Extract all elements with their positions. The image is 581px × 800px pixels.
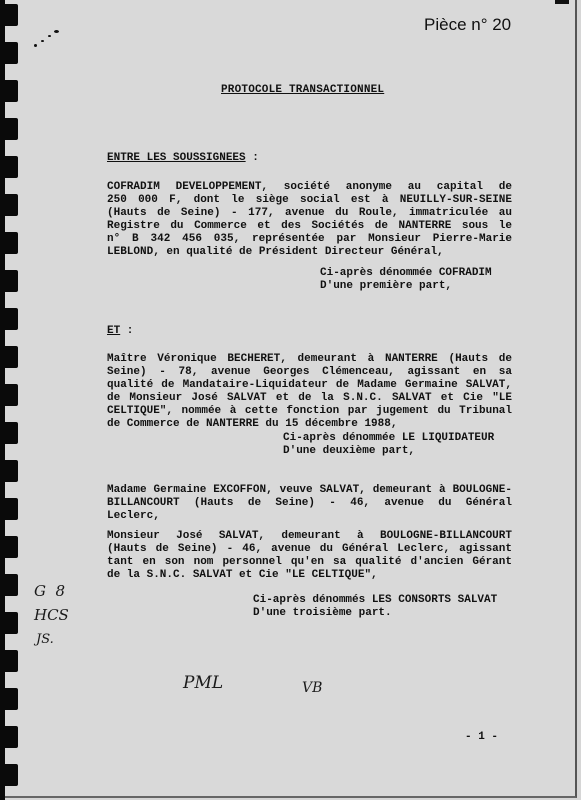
binding-tab bbox=[0, 346, 18, 368]
text-line: de Monsieur José SALVAT et de la S.N.C. … bbox=[107, 392, 512, 405]
designation-line: Ci-après dénommés LES CONSORTS SALVAT bbox=[253, 594, 497, 607]
text-line: Seine) - 78, avenue Georges Clémenceau, … bbox=[107, 366, 512, 379]
binding-tab bbox=[0, 232, 18, 254]
text-line: COFRADIM DEVELOPPEMENT, société anonyme … bbox=[107, 181, 512, 194]
signature-initials-2: VB bbox=[302, 679, 322, 698]
party2-paragraph: Maître Véronique BECHERET, demeurant à N… bbox=[107, 353, 512, 431]
text-line: de Commerce de NANTERRE du 15 décembre 1… bbox=[107, 418, 512, 431]
and-heading-colon: : bbox=[120, 325, 133, 337]
scan-corner-mark bbox=[555, 0, 569, 4]
and-heading: ET : bbox=[107, 325, 133, 337]
margin-initials-3: JS. bbox=[36, 630, 54, 649]
binding-tab bbox=[0, 118, 18, 140]
binding-tab bbox=[0, 80, 18, 102]
text-line: Maître Véronique BECHERET, demeurant à N… bbox=[107, 353, 512, 366]
binding-tab bbox=[0, 650, 18, 672]
and-heading-text: ET bbox=[107, 325, 120, 337]
text-line: CELTIQUE", nommée à cette fonction par j… bbox=[107, 405, 512, 418]
binding-tab bbox=[0, 384, 18, 406]
designation-line: D'une troisième part. bbox=[253, 607, 497, 620]
party3a-paragraph: Madame Germaine EXCOFFON, veuve SALVAT, … bbox=[107, 484, 512, 523]
margin-initials-1: G 8 bbox=[34, 582, 65, 601]
party2-designation: Ci-après dénommée LE LIQUIDATEUR D'une d… bbox=[283, 432, 494, 458]
designation-line: D'une deuxième part, bbox=[283, 445, 494, 458]
binding-tab bbox=[0, 270, 18, 292]
text-line: (Hauts de Seine) - 177, avenue du Roule,… bbox=[107, 207, 512, 220]
binding-tab bbox=[0, 460, 18, 482]
between-heading-text: ENTRE LES SOUSSIGNEES bbox=[107, 152, 246, 164]
text-line: de la S.N.C. SALVAT et Cie "LE CELTIQUE"… bbox=[107, 569, 512, 582]
designation-line: Ci-après dénommée COFRADIM bbox=[320, 267, 492, 280]
binding-tab bbox=[0, 726, 18, 748]
between-heading: ENTRE LES SOUSSIGNEES : bbox=[107, 152, 259, 164]
binding-tab bbox=[0, 612, 18, 634]
margin-initials-2: HCS bbox=[34, 606, 69, 625]
scan-speck bbox=[54, 30, 59, 33]
binding-tab bbox=[0, 536, 18, 558]
text-line: LEBLOND, en qualité de Président Directe… bbox=[107, 246, 512, 259]
binding-tab bbox=[0, 422, 18, 444]
binding-tab bbox=[0, 764, 18, 786]
scan-speck bbox=[41, 40, 44, 42]
text-line: n° B 342 456 035, représentée par Monsie… bbox=[107, 233, 512, 246]
binding-tab bbox=[0, 688, 18, 710]
party1-designation: Ci-après dénommée COFRADIM D'une premièr… bbox=[320, 267, 492, 293]
document-page: Pièce n° 20 PROTOCOLE TRANSACTIONNEL ENT… bbox=[0, 0, 577, 798]
text-line: BILLANCOURT (Hauts de Seine) - 46, avenu… bbox=[107, 497, 512, 510]
exhibit-label: Pièce n° 20 bbox=[424, 15, 511, 35]
scan-speck bbox=[48, 35, 51, 37]
designation-line: Ci-après dénommée LE LIQUIDATEUR bbox=[283, 432, 494, 445]
text-line: qualité de Mandataire-Liquidateur de Mad… bbox=[107, 379, 512, 392]
party3-designation: Ci-après dénommés LES CONSORTS SALVAT D'… bbox=[253, 594, 497, 620]
binding-tab bbox=[0, 308, 18, 330]
text-line: Registre du Commerce et des Sociétés de … bbox=[107, 220, 512, 233]
signature-initials-1: PML bbox=[183, 674, 223, 693]
text-line: Madame Germaine EXCOFFON, veuve SALVAT, … bbox=[107, 484, 512, 497]
binding-tab bbox=[0, 156, 18, 178]
text-line: Monsieur José SALVAT, demeurant à BOULOG… bbox=[107, 530, 512, 543]
designation-line: D'une première part, bbox=[320, 280, 492, 293]
page-number: - 1 - bbox=[465, 731, 498, 743]
binding-tab bbox=[0, 194, 18, 216]
between-heading-colon: : bbox=[246, 152, 259, 164]
binding-tab bbox=[0, 4, 18, 26]
scan-speck bbox=[34, 44, 37, 47]
binding-tab bbox=[0, 574, 18, 596]
text-line: tant en son nom personnel qu'en sa quali… bbox=[107, 556, 512, 569]
party3b-paragraph: Monsieur José SALVAT, demeurant à BOULOG… bbox=[107, 530, 512, 582]
text-line: 250 000 F, dont le siège social est à NE… bbox=[107, 194, 512, 207]
text-line: (Hauts de Seine) - 46, avenue du Général… bbox=[107, 543, 512, 556]
spiral-binding bbox=[0, 0, 20, 800]
document-title: PROTOCOLE TRANSACTIONNEL bbox=[221, 84, 384, 96]
binding-tab bbox=[0, 498, 18, 520]
binding-tab bbox=[0, 42, 18, 64]
text-line: Leclerc, bbox=[107, 510, 512, 523]
party1-paragraph: COFRADIM DEVELOPPEMENT, société anonyme … bbox=[107, 181, 512, 259]
